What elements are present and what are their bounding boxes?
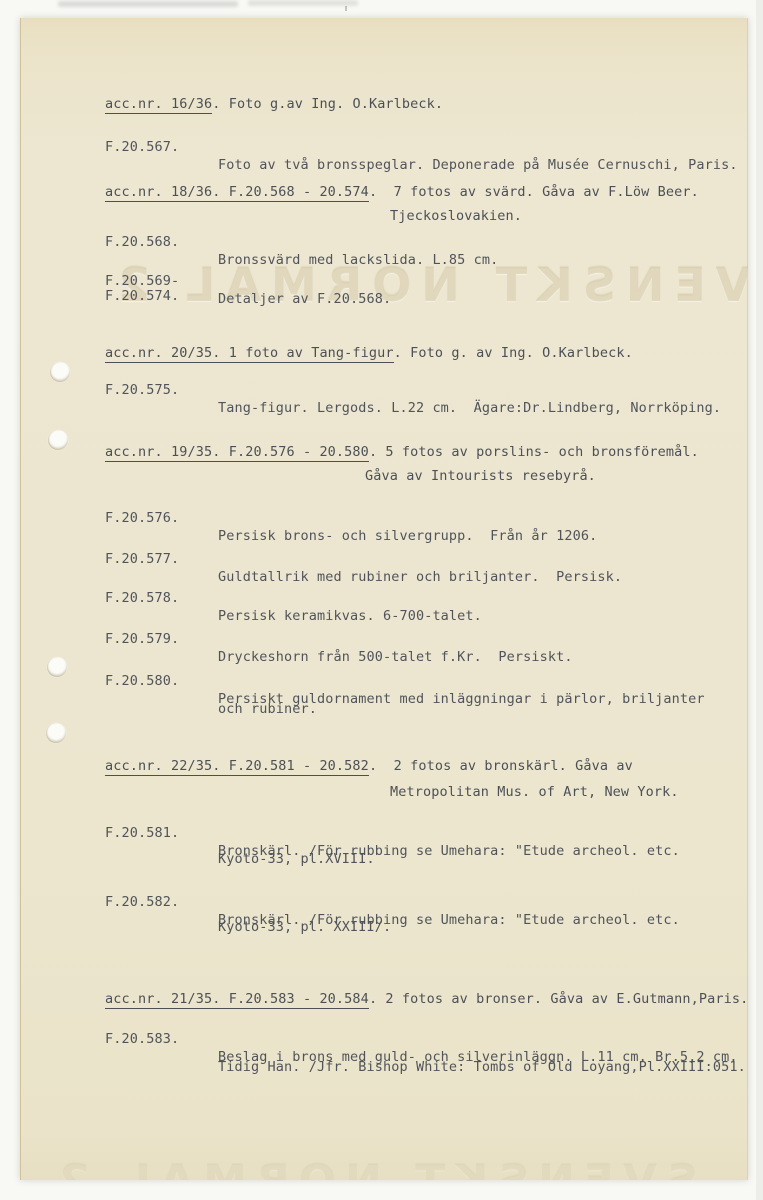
catalog-entry: F.20.579. Dryckeshorn från 500-talet f.K… xyxy=(20,612,748,630)
accession-number: acc.nr. 20/35. 1 foto av Tang-figur xyxy=(105,345,394,363)
catalog-entry: F.20.581. Bronskärl. /För rubbing se Ume… xyxy=(20,806,748,824)
entry-continuation: Kyoto-33, pl. XXIII/. xyxy=(20,900,748,918)
entry-continuation: Kyoto-33, pl.XVIII. xyxy=(20,832,748,850)
entry-continuation: och rubiner. xyxy=(20,682,748,700)
photo-id: F.20.568. xyxy=(105,233,179,251)
entry-description-cont: Kyoto-33, pl. XXIII/. xyxy=(218,918,391,936)
heading-cont-text: Metropolitan Mus. of Art, New York. xyxy=(390,783,679,801)
heading-continuation: Metropolitan Mus. of Art, New York. xyxy=(20,765,748,783)
ghost-text-top xyxy=(58,1,238,7)
catalog-entry: F.20.582. Bronskärl. /För rubbing se Ume… xyxy=(20,875,748,893)
photo-id: F.20.576. xyxy=(105,509,179,527)
entry-description-cont: och rubiner. xyxy=(218,700,317,718)
catalog-entry: F.20.583. Beslag i brons med guld- och s… xyxy=(20,1012,748,1030)
accession-number: acc.nr. 16/36 xyxy=(105,96,212,114)
catalog-entry: F.20.578. Persisk keramikvas. 6-700-tale… xyxy=(20,571,748,589)
heading-continuation: Gåva av Intourists resebyrå. xyxy=(20,449,748,467)
heading-cont-text: Gåva av Intourists resebyrå. xyxy=(365,467,596,485)
catalog-entry: F.20.580. Persiskt guldornament med inlä… xyxy=(20,654,748,672)
entry-description: Tang-figur. Lergods. L.22 cm. Ägare:Dr.L… xyxy=(218,399,721,417)
photo-id: F.20.579. xyxy=(105,630,179,648)
dust-speck xyxy=(345,6,347,11)
ghost-text-top-fragment xyxy=(248,0,358,6)
catalog-entry: F.20.576. Persisk brons- och silvergrupp… xyxy=(20,491,748,509)
paper-watermark-bottom: SVENSKT NORMAL 2 xyxy=(50,1156,698,1180)
photo-id: F.20.574. xyxy=(105,287,179,305)
scanned-document-background: SVENSKT NORMAL 2 SVENSKT NORMAL 2 acc.nr… xyxy=(0,0,763,1200)
entry-description-cont: Kyoto-33, pl.XVIII. xyxy=(218,850,375,868)
catalog-page: SVENSKT NORMAL 2 SVENSKT NORMAL 2 acc.nr… xyxy=(20,18,748,1180)
section-heading: acc.nr. 22/35. F.20.581 - 20.582. 2 foto… xyxy=(20,739,748,757)
section-heading: acc.nr. 16/36. Foto g.av Ing. O.Karlbeck… xyxy=(20,77,748,95)
heading-continuation: Tjeckoslovakien. xyxy=(20,189,748,207)
catalog-entry: F.20.577. Guldtallrik med rubiner och br… xyxy=(20,532,748,550)
scan-edge-strip xyxy=(756,0,763,1200)
section-heading: acc.nr. 18/36. F.20.568 - 20.574. 7 foto… xyxy=(20,165,748,183)
entry-continuation: Tidig Han. /Jfr. Bishop White: Tombs of … xyxy=(20,1040,748,1058)
accession-number: acc.nr. 21/35. F.20.583 - 20.584 xyxy=(105,991,369,1009)
photo-id: F.20.577. xyxy=(105,550,179,568)
section-heading: acc.nr. 20/35. 1 foto av Tang-figur. Fot… xyxy=(20,326,748,344)
photo-id: F.20.567. xyxy=(105,138,179,156)
heading-text: . Foto g.av Ing. O.Karlbeck. xyxy=(212,96,443,112)
section-heading: acc.nr. 19/35. F.20.576 - 20.580. 5 foto… xyxy=(20,425,748,443)
heading-text: . 2 fotos av bronser. Gåva av E.Gutmann,… xyxy=(369,991,748,1007)
photo-id: F.20.578. xyxy=(105,589,179,607)
catalog-entry: F.20.567. Foto av två bronsspeglar. Depo… xyxy=(20,120,748,138)
catalog-entry: F.20.568. Bronssvärd med lackslida. L.85… xyxy=(20,215,748,233)
heading-text: . Foto g. av Ing. O.Karlbeck. xyxy=(394,345,633,361)
entry-description: Detaljer av F.20.568. xyxy=(218,290,391,308)
photo-id: F.20.575. xyxy=(105,381,179,399)
entry-description-cont: Tidig Han. /Jfr. Bishop White: Tombs of … xyxy=(218,1058,746,1076)
photo-id-continuation: F.20.574. xyxy=(20,269,748,287)
catalog-entry: F.20.575. Tang-figur. Lergods. L.22 cm. … xyxy=(20,363,748,381)
section-heading: acc.nr. 21/35. F.20.583 - 20.584. 2 foto… xyxy=(20,972,748,990)
